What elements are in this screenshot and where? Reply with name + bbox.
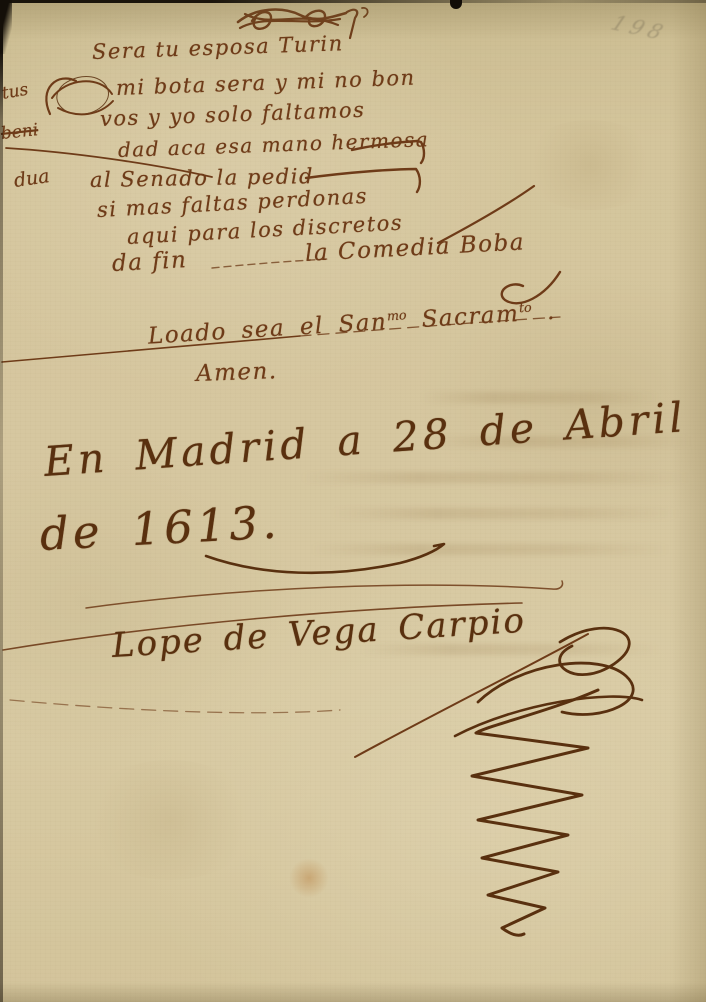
- colophon-superscript: to: [519, 300, 533, 316]
- rubric-loop: [478, 663, 633, 714]
- paper-mottle: [80, 760, 260, 880]
- colophon-line: Loado sea el Sanmo Sacramto .: [147, 298, 556, 350]
- colophon-superscript: mo: [386, 307, 406, 323]
- scribble-stroke: [245, 14, 338, 25]
- folio-number: 198: [608, 11, 672, 45]
- show-through-line: [330, 508, 680, 519]
- scribble-stroke: [305, 11, 325, 26]
- blot-loop: [46, 78, 76, 114]
- rubric-loop: [455, 697, 642, 736]
- da-fin-text: da fin: [111, 247, 188, 277]
- margin-word-struck: beni: [0, 120, 39, 144]
- margin-word: tus: [0, 80, 30, 104]
- show-through-line: [300, 472, 690, 483]
- scribble-stroke: [347, 10, 357, 38]
- top-edge-notch: [450, 0, 462, 9]
- verse-line: mi bota sera y mi no bon: [116, 66, 416, 100]
- signature-name: Lope de Vega Carpio: [111, 601, 527, 666]
- amen-line: Amen.: [196, 358, 279, 387]
- top-left-corner-shadow: [0, 0, 12, 54]
- scribble-stroke: [252, 12, 271, 29]
- colophon-text: .: [531, 299, 556, 326]
- zigzag-flourish: [472, 690, 598, 935]
- top-edge-shadow: [0, 0, 706, 3]
- paper-mottle: [520, 120, 660, 210]
- manuscript-page: 198 Sera tu esposa Turin tus mi bota ser…: [0, 0, 706, 1002]
- verse-line: vos y yo solo faltamos: [100, 98, 366, 131]
- scribble-stroke: [240, 19, 340, 28]
- colophon-text: Loado sea el San: [147, 309, 388, 350]
- scribble-stroke: [238, 10, 346, 22]
- margin-word: dua: [12, 165, 50, 192]
- date-line-2: de 1613.: [39, 495, 282, 561]
- verse-line: dad aca esa mano hermosa: [118, 127, 430, 162]
- scribble-stroke: [362, 8, 368, 17]
- verse-line: Sera tu esposa Turin: [92, 31, 344, 64]
- blot-loop: [52, 81, 112, 98]
- show-through-line: [310, 544, 670, 555]
- colophon-text: Sacram: [406, 301, 520, 334]
- rust-stain: [289, 858, 329, 898]
- signature-sweep: [10, 700, 340, 713]
- left-edge-shadow: [0, 0, 3, 1002]
